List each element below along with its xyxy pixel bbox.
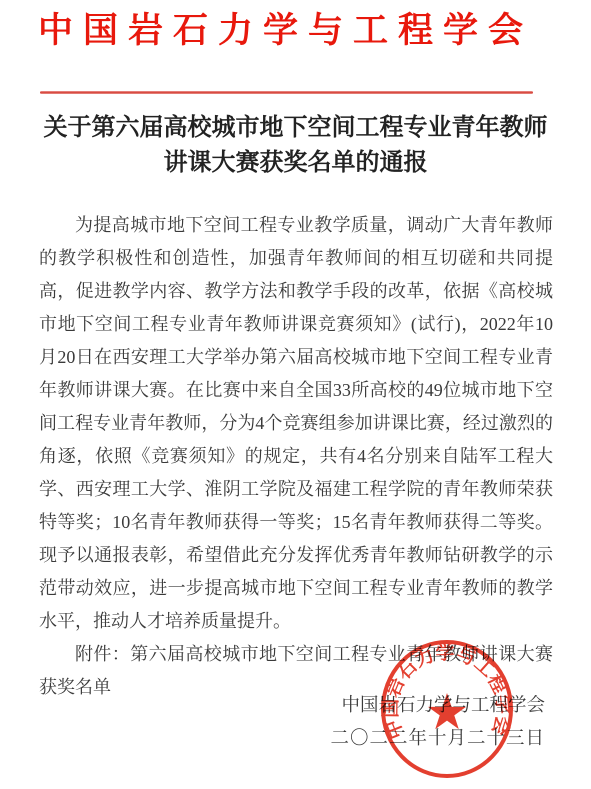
red-divider — [40, 91, 533, 94]
signature-date: 二〇二二年十月二十三日 — [330, 723, 545, 756]
body-paragraph: 为提高城市地下空间工程专业教学质量，调动广大青年教师的教学积极性和创造性，加强青… — [39, 209, 553, 638]
signature-block: 中国岩石力学与工程学会 二〇二二年十月二十三日 — [330, 690, 545, 756]
letterhead-org-name: 中国岩石力学与工程学会 — [38, 10, 571, 52]
title-line-2: 讲课大赛获奖名单的通报 — [0, 145, 591, 180]
document-page: 中国岩石力学与工程学会 关于第六届高校城市地下空间工程专业青年教师 讲课大赛获奖… — [0, 0, 591, 789]
notice-title: 关于第六届高校城市地下空间工程专业青年教师 讲课大赛获奖名单的通报 — [0, 110, 591, 180]
signature-org: 中国岩石力学与工程学会 — [330, 690, 545, 723]
notice-body: 为提高城市地下空间工程专业教学质量，调动广大青年教师的教学积极性和创造性，加强青… — [39, 209, 553, 704]
title-line-1: 关于第六届高校城市地下空间工程专业青年教师 — [0, 110, 591, 145]
